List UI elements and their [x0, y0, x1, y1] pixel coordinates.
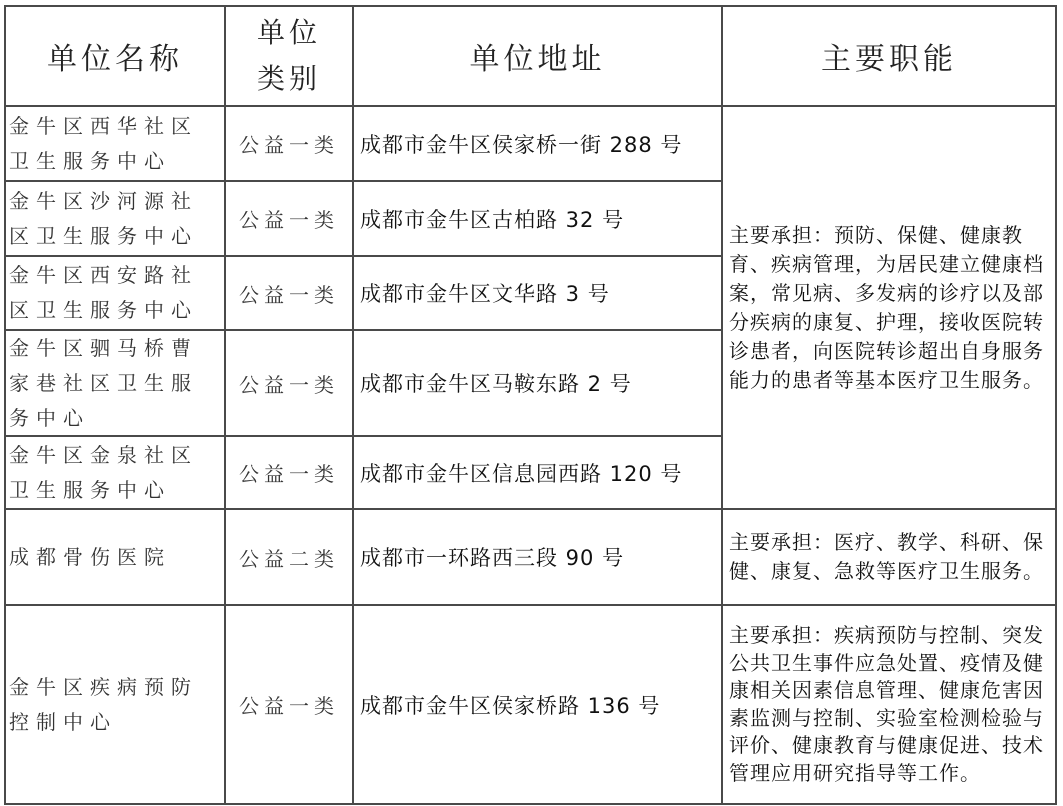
header-category: 单位 类别	[226, 7, 352, 105]
table-row-3-name: 金牛区西安路社区卫生服务中心	[6, 257, 224, 329]
header-address-label: 单位地址	[470, 34, 606, 78]
header-category-line1: 单位	[257, 10, 321, 56]
table-row-3-address: 成都市金牛区文华路 3 号	[354, 257, 721, 329]
table-row-6-address: 成都市一环路西三段 90 号	[354, 510, 721, 604]
header-category-line2: 类别	[257, 56, 321, 102]
table-border-right	[1055, 5, 1057, 805]
table-row-5-category: 公益一类	[226, 437, 352, 508]
function-cdc: 主要承担：疾病预防与控制、突发公共卫生事件应急处置、疫情及健康相关因素信息管理、…	[723, 606, 1055, 803]
table-row-1-address: 成都市金牛区侯家桥一街 288 号	[354, 107, 721, 180]
institution-table: 单位名称 单位 类别 单位地址 主要职能 金牛区西华社区卫生服务中心 公益一类 …	[4, 5, 1057, 805]
header-function-label: 主要职能	[821, 34, 957, 78]
table-row-5-address: 成都市金牛区信息园西路 120 号	[354, 437, 721, 508]
table-row-3-category: 公益一类	[226, 257, 352, 329]
header-function: 主要职能	[723, 7, 1055, 105]
header-address: 单位地址	[354, 7, 721, 105]
table-row-4-address: 成都市金牛区马鞍东路 2 号	[354, 331, 721, 435]
function-community-centers: 主要承担：预防、保健、健康教育、疾病管理，为居民建立健康档案，常见病、多发病的诊…	[723, 107, 1055, 508]
table-row-6-category: 公益二类	[226, 510, 352, 604]
table-row-4-category: 公益一类	[226, 331, 352, 435]
table-row-6-name: 成都骨伤医院	[6, 510, 224, 604]
table-row-4-name: 金牛区驷马桥曹家巷社区卫生服务中心	[6, 331, 224, 435]
header-name: 单位名称	[6, 7, 224, 105]
table-row-7-category: 公益一类	[226, 606, 352, 803]
table-row-2-category: 公益一类	[226, 182, 352, 255]
table-row-7-address: 成都市金牛区侯家桥路 136 号	[354, 606, 721, 803]
function-orthopedic-hospital: 主要承担：医疗、教学、科研、保健、康复、急救等医疗卫生服务。	[723, 510, 1055, 604]
header-name-label: 单位名称	[47, 34, 183, 78]
table-row-2-address: 成都市金牛区古柏路 32 号	[354, 182, 721, 255]
table-border-bottom	[4, 803, 1057, 805]
table-row-2-name: 金牛区沙河源社区卫生服务中心	[6, 182, 224, 255]
table-row-1-name: 金牛区西华社区卫生服务中心	[6, 107, 224, 180]
table-row-7-name: 金牛区疾病预防控制中心	[6, 606, 224, 803]
table-row-1-category: 公益一类	[226, 107, 352, 180]
table-row-5-name: 金牛区金泉社区卫生服务中心	[6, 437, 224, 508]
